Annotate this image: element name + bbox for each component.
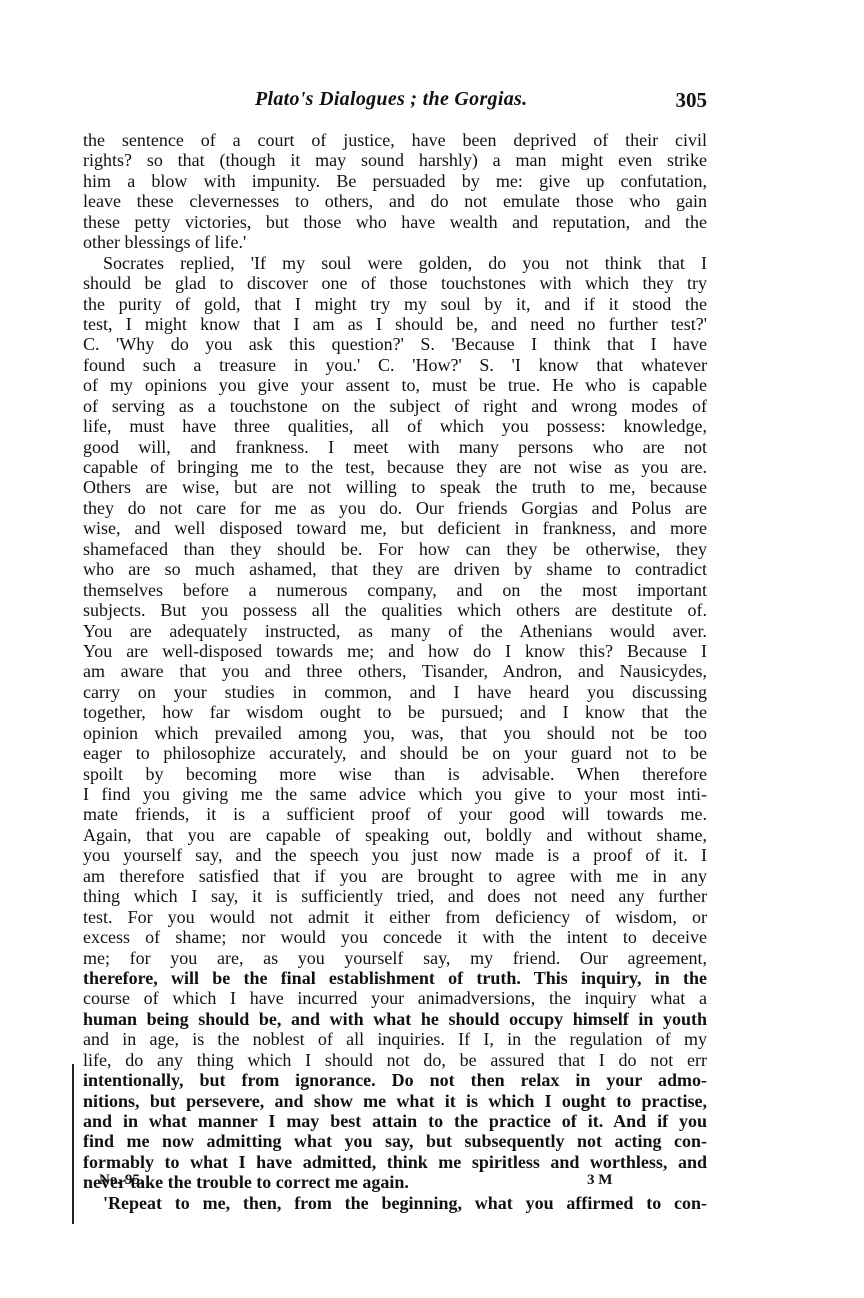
text-line: I find you giving me the same advice whi… bbox=[83, 784, 707, 804]
text-line: eager to philosophize accurately, and sh… bbox=[83, 743, 707, 763]
page-number: 305 bbox=[676, 88, 708, 113]
text-line: You are adequately instructed, as many o… bbox=[83, 621, 707, 641]
text-line: am aware that you and three others, Tisa… bbox=[83, 661, 707, 681]
text-line: these petty victories, but those who hav… bbox=[83, 212, 707, 232]
text-line: formably to what I have admitted, think … bbox=[83, 1152, 707, 1172]
text-line: life, must have three qualities, all of … bbox=[83, 416, 707, 436]
text-line: me; for you are, as you yourself say, my… bbox=[83, 948, 707, 968]
book-page: Plato's Dialogues ; the Gorgias. 305 the… bbox=[0, 0, 864, 1298]
paragraph-start-line: Socrates replied, 'If my soul were golde… bbox=[83, 253, 707, 273]
text-line: the sentence of a court of justice, have… bbox=[83, 130, 707, 150]
text-line: course of which I have incurred your ani… bbox=[83, 988, 707, 1008]
text-line: themselves before a numerous company, an… bbox=[83, 580, 707, 600]
text-line: they do not care for me as you do. Our f… bbox=[83, 498, 707, 518]
text-line: capable of bringing me to the test, beca… bbox=[83, 457, 707, 477]
text-line: human being should be, and with what he … bbox=[83, 1009, 707, 1029]
text-line: found such a treasure in you.' C. 'How?'… bbox=[83, 355, 707, 375]
text-line: wise, and well disposed toward me, but d… bbox=[83, 518, 707, 538]
text-line: of my opinions you give your assent to, … bbox=[83, 375, 707, 395]
text-line: opinion which prevailed among you, was, … bbox=[83, 723, 707, 743]
text-line: therefore, will be the final establishme… bbox=[83, 968, 707, 988]
text-line: find me now admitting what you say, but … bbox=[83, 1131, 707, 1151]
text-line: the purity of gold, that I might try my … bbox=[83, 294, 707, 314]
text-line: together, how far wisdom ought to be pur… bbox=[83, 702, 707, 722]
text-line: intentionally, but from ignorance. Do no… bbox=[83, 1070, 707, 1090]
running-title: Plato's Dialogues ; the Gorgias. bbox=[255, 88, 527, 111]
text-line: good will, and frankness. I meet with ma… bbox=[83, 437, 707, 457]
text-line: shamefaced than they should be. For how … bbox=[83, 539, 707, 559]
text-line: leave these clevernesses to others, and … bbox=[83, 191, 707, 211]
signature-number: No. 95. bbox=[99, 1172, 144, 1189]
text-line: life, do any thing which I should not do… bbox=[83, 1050, 707, 1070]
text-line: subjects. But you possess all the qualit… bbox=[83, 600, 707, 620]
text-line: Others are wise, but are not willing to … bbox=[83, 477, 707, 497]
text-line: spoilt by becoming more wise than is adv… bbox=[83, 764, 707, 784]
text-line: other blessings of life.' bbox=[83, 232, 707, 252]
text-line: should be glad to discover one of those … bbox=[83, 273, 707, 293]
text-line: C. 'Why do you ask this question?' S. 'B… bbox=[83, 334, 707, 354]
body-text: the sentence of a court of justice, have… bbox=[83, 130, 707, 1213]
text-line: excess of shame; nor would you concede i… bbox=[83, 927, 707, 947]
text-line: mate friends, it is a sufficient proof o… bbox=[83, 804, 707, 824]
text-line: am therefore satisfied that if you are b… bbox=[83, 866, 707, 886]
text-line: and in what manner I may best attain to … bbox=[83, 1111, 707, 1131]
text-line: You are well-disposed towards me; and ho… bbox=[83, 641, 707, 661]
text-line: test, I might know that I am as I should… bbox=[83, 314, 707, 334]
text-line: and in age, is the noblest of all inquir… bbox=[83, 1029, 707, 1049]
text-line: nitions, but persevere, and show me what… bbox=[83, 1091, 707, 1111]
text-line: thing which I say, it is sufficiently tr… bbox=[83, 886, 707, 906]
text-line: carry on your studies in common, and I h… bbox=[83, 682, 707, 702]
text-line: Again, that you are capable of speaking … bbox=[83, 825, 707, 845]
text-line: him a blow with impunity. Be persuaded b… bbox=[83, 171, 707, 191]
page-footer: No. 95. 3 M bbox=[83, 1172, 707, 1196]
running-head: Plato's Dialogues ; the Gorgias. 305 bbox=[83, 88, 707, 118]
text-line: rights? so that (though it may sound har… bbox=[83, 150, 707, 170]
text-line: who are so much ashamed, that they are d… bbox=[83, 559, 707, 579]
gutter-line bbox=[72, 1064, 74, 1224]
text-line: of serving as a touchstone on the subjec… bbox=[83, 396, 707, 416]
text-line: you yourself say, and the speech you jus… bbox=[83, 845, 707, 865]
text-line: test. For you would not admit it either … bbox=[83, 907, 707, 927]
signature-mark: 3 M bbox=[587, 1172, 612, 1189]
